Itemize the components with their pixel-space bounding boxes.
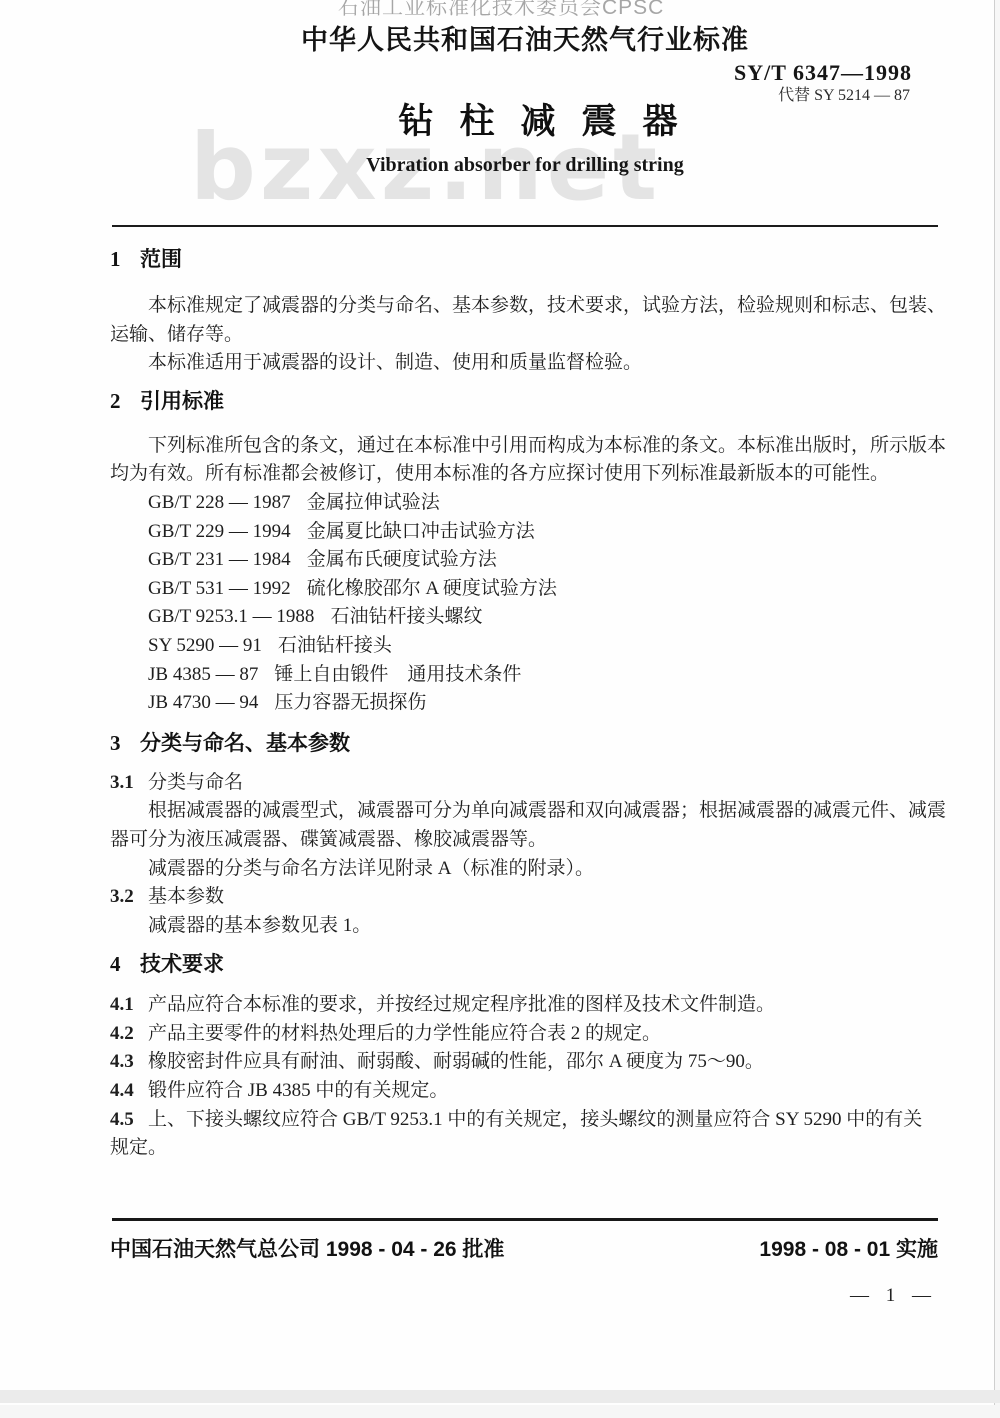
page-number: — 1 — — [850, 1284, 937, 1308]
clause-text: 锻件应符合 JB 4385 中的有关规定。 — [148, 1080, 448, 1101]
reference-code: SY 5290 — 91 — [148, 635, 262, 656]
clause-number: 4.3 — [110, 1048, 148, 1077]
reference-item: GB/T 9253.1 — 1988石油钻杆接头螺纹 — [110, 603, 946, 632]
section-3-number: 3 — [110, 730, 140, 756]
scan-edge-right-column — [995, 0, 1000, 1418]
clause-4-5-continuation: 规定。 — [110, 1134, 946, 1163]
section-2-heading: 2引用标准 — [110, 388, 946, 414]
reference-title: 硫化橡胶邵尔 A 硬度试验方法 — [307, 578, 557, 599]
subsection-3-2-number: 3.2 — [110, 883, 148, 912]
reference-item: GB/T 531 — 1992硫化橡胶邵尔 A 硬度试验方法 — [110, 575, 946, 604]
clause-4-2: 4.2产品主要零件的材料热处理后的力学性能应符合表 2 的规定。 — [110, 1020, 946, 1049]
clause-text: 橡胶密封件应具有耐油、耐弱酸、耐弱碱的性能，邵尔 A 硬度为 75～90。 — [148, 1051, 764, 1072]
clause-text: 产品主要零件的材料热处理后的力学性能应符合表 2 的规定。 — [148, 1023, 661, 1044]
footer: 中国石油天然气总公司 1998 - 04 - 26 批准 1998 - 08 -… — [110, 1236, 938, 1264]
clause-text: 产品应符合本标准的要求，并按经过规定程序批准的图样及技术文件制造。 — [148, 994, 775, 1015]
section-4-number: 4 — [110, 951, 140, 977]
footer-rule — [112, 1218, 938, 1221]
reference-title: 锤上自由锻件 通用技术条件 — [274, 664, 521, 685]
section-2-title: 引用标准 — [140, 390, 224, 413]
clause-number: 4.5 — [110, 1106, 148, 1135]
clause-number: 4.1 — [110, 991, 148, 1020]
section-1-title: 范围 — [140, 248, 182, 271]
section-4-title: 技术要求 — [140, 953, 224, 976]
reference-item: SY 5290 — 91石油钻杆接头 — [110, 632, 946, 661]
reference-item: JB 4385 — 87锤上自由锻件 通用技术条件 — [110, 661, 946, 690]
document-page: bzxz.net 石油工业标准化技术委员会CPSC 中华人民共和国石油天然气行业… — [0, 0, 1000, 1418]
subsection-3-1-number: 3.1 — [110, 769, 148, 798]
paragraph-line: 本标准规定了减震器的分类与命名、基本参数，技术要求，试验方法，检验规则和标志、包… — [110, 292, 946, 321]
scan-edge-bottom-band — [0, 1390, 1000, 1403]
document-body: 1范围 本标准规定了减震器的分类与命名、基本参数，技术要求，试验方法，检验规则和… — [110, 246, 946, 1163]
paragraph-line: 下列标准所包含的条文，通过在本标准中引用而构成为本标准的条文。本标准出版时，所示… — [110, 432, 946, 461]
clause-4-4: 4.4锻件应符合 JB 4385 中的有关规定。 — [110, 1077, 946, 1106]
reference-code: GB/T 531 — 1992 — [148, 578, 291, 599]
standard-class-title: 中华人民共和国石油天然气行业标准 — [110, 26, 940, 56]
reference-title: 金属夏比缺口冲击试验方法 — [307, 521, 535, 542]
clause-4-1: 4.1产品应符合本标准的要求，并按经过规定程序批准的图样及技术文件制造。 — [110, 991, 946, 1020]
reference-title: 金属布氏硬度试验方法 — [307, 549, 497, 570]
reference-title: 金属拉伸试验法 — [307, 492, 440, 513]
header-rule — [112, 225, 938, 227]
subsection-3-1-title: 分类与命名 — [148, 772, 243, 793]
committee-line: 石油工业标准化技术委员会CPSC — [338, 0, 664, 21]
section-1-heading: 1范围 — [110, 246, 946, 272]
section-2-number: 2 — [110, 388, 140, 414]
clause-4-3: 4.3橡胶密封件应具有耐油、耐弱酸、耐弱碱的性能，邵尔 A 硬度为 75～90。 — [110, 1048, 946, 1077]
subsection-3-1-heading: 3.1分类与命名 — [110, 769, 946, 798]
reference-code: GB/T 229 — 1994 — [148, 521, 291, 542]
clause-number: 4.2 — [110, 1020, 148, 1049]
reference-title: 石油钻杆接头螺纹 — [330, 606, 482, 627]
scan-edge-bottom-tail — [0, 1405, 1000, 1418]
paragraph-line: 减震器的分类与命名方法详见附录 A（标准的附录）。 — [110, 855, 946, 884]
paragraph-line: 均为有效。所有标准都会被修订，使用本标准的各方应探讨使用下列标准最新版本的可能性… — [110, 460, 946, 489]
reference-item: GB/T 229 — 1994金属夏比缺口冲击试验方法 — [110, 518, 946, 547]
reference-code: GB/T 228 — 1987 — [148, 492, 291, 513]
clause-number: 4.4 — [110, 1077, 148, 1106]
paragraph-line: 运输、储存等。 — [110, 321, 946, 350]
clause-4-5: 4.5上、下接头螺纹应符合 GB/T 9253.1 中的有关规定，接头螺纹的测量… — [110, 1106, 946, 1135]
paragraph-line: 本标准适用于减震器的设计、制造、使用和质量监督检验。 — [110, 349, 946, 378]
section-1-number: 1 — [110, 246, 140, 272]
reference-title: 石油钻杆接头 — [278, 635, 392, 656]
approval-note: 中国石油天然气总公司 1998 - 04 - 26 批准 — [110, 1236, 504, 1264]
paragraph-line: 器可分为液压减震器、碟簧减震器、橡胶减震器等。 — [110, 826, 946, 855]
clause-text: 上、下接头螺纹应符合 GB/T 9253.1 中的有关规定，接头螺纹的测量应符合… — [148, 1109, 922, 1130]
reference-code: GB/T 231 — 1984 — [148, 549, 291, 570]
reference-title: 压力容器无损探伤 — [274, 692, 426, 713]
subsection-3-2-heading: 3.2基本参数 — [110, 883, 946, 912]
reference-item: JB 4730 — 94压力容器无损探伤 — [110, 689, 946, 718]
paragraph-line: 减震器的基本参数见表 1。 — [110, 912, 946, 941]
subsection-3-2-title: 基本参数 — [148, 886, 224, 907]
standard-number: SY/T 6347—1998 — [734, 62, 912, 84]
reference-item: GB/T 231 — 1984金属布氏硬度试验方法 — [110, 546, 946, 575]
effective-note: 1998 - 08 - 01 实施 — [759, 1236, 938, 1264]
reference-code: JB 4730 — 94 — [148, 692, 258, 713]
document-title-en: Vibration absorber for drilling string — [110, 153, 940, 177]
section-4-heading: 4技术要求 — [110, 951, 946, 977]
reference-code: JB 4385 — 87 — [148, 664, 258, 685]
reference-code: GB/T 9253.1 — 1988 — [148, 606, 314, 627]
paragraph-line: 根据减震器的减震型式，减震器可分为单向减震器和双向减震器；根据减震器的减震元件、… — [110, 797, 946, 826]
section-3-heading: 3分类与命名、基本参数 — [110, 730, 946, 756]
reference-item: GB/T 228 — 1987金属拉伸试验法 — [110, 489, 946, 518]
section-3-title: 分类与命名、基本参数 — [140, 732, 350, 755]
